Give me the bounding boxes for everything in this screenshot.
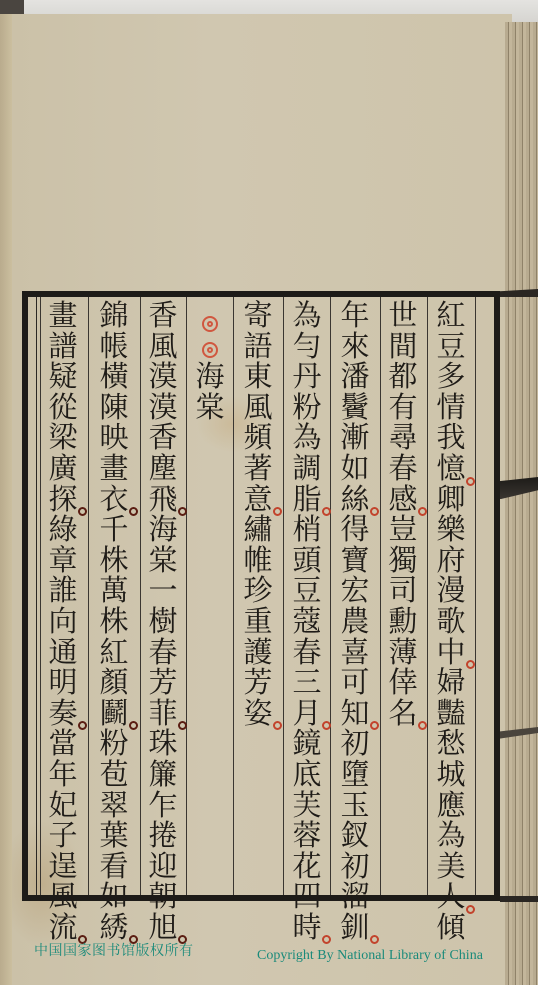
character: 鬬 xyxy=(92,698,136,729)
character: 漫 xyxy=(429,575,473,606)
character: 塵 xyxy=(141,453,185,484)
character: 初 xyxy=(333,851,377,882)
character: 風 xyxy=(141,331,185,362)
character: 為 xyxy=(285,300,329,331)
character: 初 xyxy=(333,728,377,759)
character: 陳 xyxy=(92,392,136,423)
character: 蓉 xyxy=(285,820,329,851)
character: 薄 xyxy=(381,637,425,668)
character: 豆 xyxy=(429,331,473,362)
character: 風 xyxy=(41,881,85,912)
character: 卿 xyxy=(429,484,473,515)
character: 城 xyxy=(429,759,473,790)
character: 探 xyxy=(41,484,85,515)
column-rule-line xyxy=(330,297,331,895)
scanner-edge xyxy=(0,0,24,14)
character: 珠 xyxy=(141,728,185,759)
character: 憶 xyxy=(429,453,473,484)
character: 護 xyxy=(236,637,280,668)
character: 多 xyxy=(429,361,473,392)
character: 倖 xyxy=(381,667,425,698)
character: 美 xyxy=(429,851,473,882)
character: 年 xyxy=(41,759,85,790)
character: 千 xyxy=(92,514,136,545)
character: 風 xyxy=(236,392,280,423)
character: 時 xyxy=(285,912,329,943)
column-rule-line xyxy=(283,297,284,895)
character: 東 xyxy=(236,361,280,392)
character: 樂 xyxy=(429,514,473,545)
column-rule-line xyxy=(233,297,234,895)
character: 我 xyxy=(429,422,473,453)
character: 香 xyxy=(141,300,185,331)
character: 旭 xyxy=(141,912,185,943)
character: 漠 xyxy=(141,392,185,423)
character: 繡 xyxy=(236,514,280,545)
character: 芳 xyxy=(236,667,280,698)
copyright-chinese: 中国国家图书馆版权所有 xyxy=(34,940,194,960)
character: 豆 xyxy=(285,575,329,606)
character: 姿 xyxy=(236,698,280,729)
character: 畫 xyxy=(41,300,85,331)
column-rule-line xyxy=(88,297,89,895)
character: 應 xyxy=(429,790,473,821)
character: 棠 xyxy=(141,545,185,576)
character: 月 xyxy=(285,698,329,729)
character: 都 xyxy=(381,361,425,392)
character: 如 xyxy=(92,881,136,912)
column-rule-line xyxy=(186,297,187,895)
character: 迎 xyxy=(141,851,185,882)
character: 寶 xyxy=(333,545,377,576)
poem-text-column: 紅豆多情我憶卿樂府漫歌中婦豔愁城應為美人傾 xyxy=(429,300,473,890)
character: 譜 xyxy=(41,331,85,362)
character: 梁 xyxy=(41,422,85,453)
column-rule-line xyxy=(475,297,476,895)
character: 帷 xyxy=(236,545,280,576)
character: 海 xyxy=(141,514,185,545)
poem-text-column: 世間都有尋春感豈獨司勳薄倖名 xyxy=(381,300,425,890)
character: 中 xyxy=(429,637,473,668)
character: 捲 xyxy=(141,820,185,851)
column-rule-line xyxy=(427,297,428,895)
character: 司 xyxy=(381,575,425,606)
poem-text-column: 年來潘鬢漸如絲得寶宏農喜可知初墮玉釵初溜釧 xyxy=(333,300,377,890)
character: 看 xyxy=(92,851,136,882)
character: 粉 xyxy=(92,728,136,759)
character: 如 xyxy=(333,453,377,484)
character: 歌 xyxy=(429,606,473,637)
character: 一 xyxy=(141,575,185,606)
character: 情 xyxy=(429,392,473,423)
character: 釧 xyxy=(333,912,377,943)
character: 株 xyxy=(92,545,136,576)
character: 意 xyxy=(236,484,280,515)
character: 子 xyxy=(41,820,85,851)
character: 帳 xyxy=(92,331,136,362)
character: 春 xyxy=(285,637,329,668)
character: 宏 xyxy=(333,575,377,606)
character: 獨 xyxy=(381,545,425,576)
character: 粉 xyxy=(285,392,329,423)
character: 喜 xyxy=(333,637,377,668)
poem-text-column: 為勻丹粉為調脂梢頭豆蔻春三月鏡底芙蓉花四時 xyxy=(285,300,329,890)
character: 紅 xyxy=(92,637,136,668)
character: 章 xyxy=(41,545,85,576)
character: 當 xyxy=(41,728,85,759)
poem-text-column: 香風漠漠香塵飛海棠一樹春芳菲珠簾乍捲迎朝旭 xyxy=(141,300,185,890)
character: 棠 xyxy=(188,392,232,423)
spacer xyxy=(188,331,232,362)
character: 有 xyxy=(381,392,425,423)
character: 誰 xyxy=(41,575,85,606)
character: 衣 xyxy=(92,484,136,515)
character: 潘 xyxy=(333,361,377,392)
character: 為 xyxy=(285,422,329,453)
copyright-english: Copyright By National Library of China xyxy=(257,948,483,964)
character: 乍 xyxy=(141,790,185,821)
character: 顏 xyxy=(92,667,136,698)
character: 世 xyxy=(381,300,425,331)
character: 墮 xyxy=(333,759,377,790)
character: 漠 xyxy=(141,361,185,392)
character: 春 xyxy=(141,637,185,668)
character: 菲 xyxy=(141,698,185,729)
character: 府 xyxy=(429,545,473,576)
frame-fold-bottom xyxy=(500,896,538,902)
character: 寄 xyxy=(236,300,280,331)
character: 底 xyxy=(285,759,329,790)
character: 農 xyxy=(333,606,377,637)
character: 朝 xyxy=(141,881,185,912)
character: 海 xyxy=(188,361,232,392)
character: 奏 xyxy=(41,698,85,729)
character: 為 xyxy=(429,820,473,851)
character: 綠 xyxy=(41,514,85,545)
character: 重 xyxy=(236,606,280,637)
character: 梢 xyxy=(285,514,329,545)
character: 萬 xyxy=(92,575,136,606)
character: 漸 xyxy=(333,422,377,453)
character: 愁 xyxy=(429,728,473,759)
character: 語 xyxy=(236,331,280,362)
character: 年 xyxy=(333,300,377,331)
character: 簾 xyxy=(141,759,185,790)
frame-inner-rule xyxy=(36,297,37,895)
character: 翠 xyxy=(92,790,136,821)
character: 名 xyxy=(381,698,425,729)
character: 映 xyxy=(92,422,136,453)
character: 豈 xyxy=(381,514,425,545)
character: 橫 xyxy=(92,361,136,392)
character: 明 xyxy=(41,667,85,698)
poem-text-column: 寄語東風頻著意繡帷珍重護芳姿 xyxy=(236,300,280,890)
character: 苞 xyxy=(92,759,136,790)
character: 鬢 xyxy=(333,392,377,423)
character: 豔 xyxy=(429,698,473,729)
character: 勳 xyxy=(381,606,425,637)
spacer xyxy=(188,300,232,331)
character: 綉 xyxy=(92,912,136,943)
character: 樹 xyxy=(141,606,185,637)
character: 芙 xyxy=(285,790,329,821)
poem-title-column: 海棠 xyxy=(188,300,232,890)
character: 尋 xyxy=(381,422,425,453)
character: 脂 xyxy=(285,484,329,515)
character: 絲 xyxy=(333,484,377,515)
character: 四 xyxy=(285,881,329,912)
poem-text-column: 錦帳橫陳映畫衣千株萬株紅顏鬬粉苞翠葉看如綉 xyxy=(92,300,136,890)
character: 疑 xyxy=(41,361,85,392)
character: 頻 xyxy=(236,422,280,453)
character: 香 xyxy=(141,422,185,453)
poem-text-column: 畫譜疑從梁廣探綠章誰向通明奏當年妃子逞風流 xyxy=(41,300,85,890)
character: 葉 xyxy=(92,820,136,851)
character: 鏡 xyxy=(285,728,329,759)
character: 調 xyxy=(285,453,329,484)
character: 間 xyxy=(381,331,425,362)
character: 株 xyxy=(92,606,136,637)
character: 從 xyxy=(41,392,85,423)
character: 廣 xyxy=(41,453,85,484)
character: 逞 xyxy=(41,851,85,882)
character: 珍 xyxy=(236,575,280,606)
character: 感 xyxy=(381,484,425,515)
character: 三 xyxy=(285,667,329,698)
character: 流 xyxy=(41,912,85,943)
character: 通 xyxy=(41,637,85,668)
character: 向 xyxy=(41,606,85,637)
character: 錦 xyxy=(92,300,136,331)
character: 紅 xyxy=(429,300,473,331)
character: 玉 xyxy=(333,790,377,821)
character: 飛 xyxy=(141,484,185,515)
character: 蔻 xyxy=(285,606,329,637)
character: 畫 xyxy=(92,453,136,484)
character: 婦 xyxy=(429,667,473,698)
character: 得 xyxy=(333,514,377,545)
character: 頭 xyxy=(285,545,329,576)
character: 妃 xyxy=(41,790,85,821)
character: 勻 xyxy=(285,331,329,362)
character: 釵 xyxy=(333,820,377,851)
character: 芳 xyxy=(141,667,185,698)
character: 知 xyxy=(333,698,377,729)
character: 可 xyxy=(333,667,377,698)
character: 來 xyxy=(333,331,377,362)
stacked-page-edges xyxy=(505,22,538,985)
character: 春 xyxy=(381,453,425,484)
character: 溜 xyxy=(333,881,377,912)
character: 人 xyxy=(429,881,473,912)
character: 傾 xyxy=(429,912,473,943)
character: 花 xyxy=(285,851,329,882)
character: 丹 xyxy=(285,361,329,392)
character: 著 xyxy=(236,453,280,484)
